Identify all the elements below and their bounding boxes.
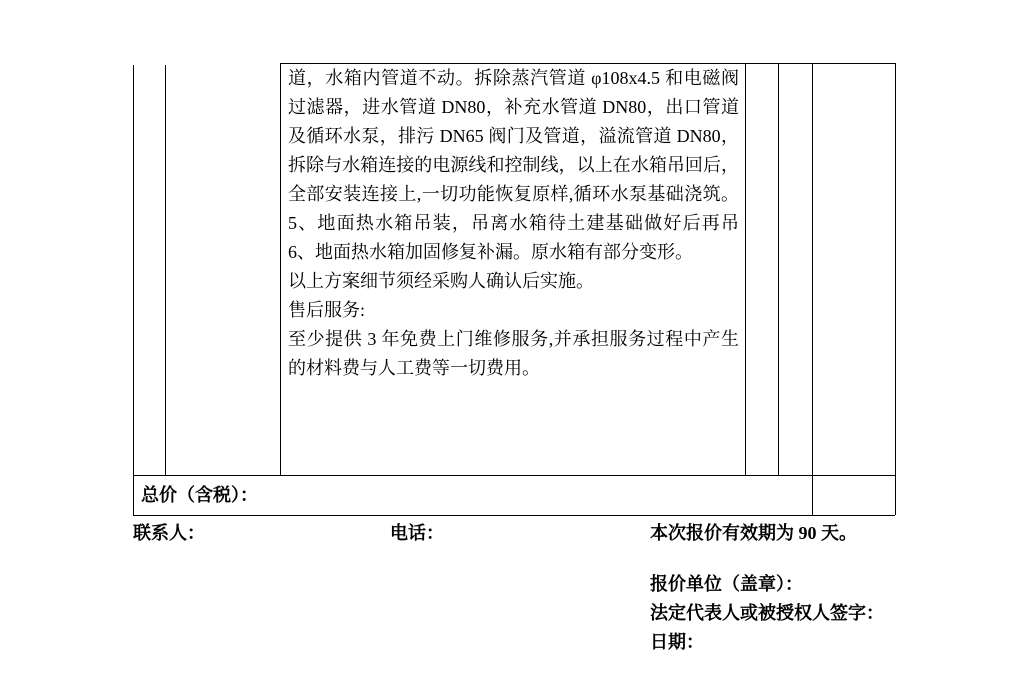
spec-text-line: 的材料费与人工费等一切费用。 [288, 354, 739, 383]
table-bottom-border [133, 515, 895, 516]
spec-text-line: 5、地面热水箱吊装，吊离水箱待土建基础做好后再吊回。 [288, 209, 739, 238]
spec-text-line: 6、地面热水箱加固修复补漏。原水箱有部分变形。 [288, 238, 739, 267]
contact-label: 联系人： [133, 521, 205, 545]
company-seal-label: 报价单位（盖章）： [650, 570, 884, 599]
total-price-label: 总价（含税）： [141, 475, 258, 515]
spec-text-line: 及循环水泵，排污 DN65 阀门及管道，溢流管道 DN80， [288, 122, 739, 151]
table-left-border [133, 65, 134, 515]
table-right-border [895, 63, 896, 515]
date-label: 日期： [650, 628, 884, 657]
quotation-document-page: 道，水箱内管道不动。拆除蒸汽管道 φ108x4.5 和电磁阀 过滤器，进水管道 … [0, 0, 1022, 684]
legal-rep-label: 法定代表人或被授权人签字： [650, 599, 884, 628]
spec-text-line: 以上方案细节须经采购人确认后实施。 [288, 267, 739, 296]
table-col-line-4 [745, 63, 746, 475]
table-col-line-3 [280, 63, 281, 475]
phone-label: 电话： [390, 521, 444, 545]
spec-description-cell: 道，水箱内管道不动。拆除蒸汽管道 φ108x4.5 和电磁阀 过滤器，进水管道 … [288, 64, 739, 383]
table-col-line-5 [778, 63, 779, 475]
total-price-value-cell [813, 476, 895, 515]
validity-note: 本次报价有效期为 90 天。 [650, 521, 857, 545]
table-col-line-6 [812, 63, 813, 515]
spec-text-line: 道，水箱内管道不动。拆除蒸汽管道 φ108x4.5 和电磁阀 [288, 64, 739, 93]
spec-text-line: 售后服务: [288, 296, 739, 325]
spec-text-line: 拆除与水箱连接的电源线和控制线，以上在水箱吊回后， [288, 151, 739, 180]
spec-text-line: 过滤器，进水管道 DN80，补充水管道 DN80，出口管道 [288, 93, 739, 122]
table-col-line-2 [165, 65, 166, 475]
spec-text-line: 全部安装连接上,一切功能恢复原样,循环水泵基础浇筑。 [288, 180, 739, 209]
signature-block: 报价单位（盖章）： 法定代表人或被授权人签字： 日期： [650, 570, 884, 657]
spec-text-line: 至少提供 3 年免费上门维修服务,并承担服务过程中产生 [288, 325, 739, 354]
